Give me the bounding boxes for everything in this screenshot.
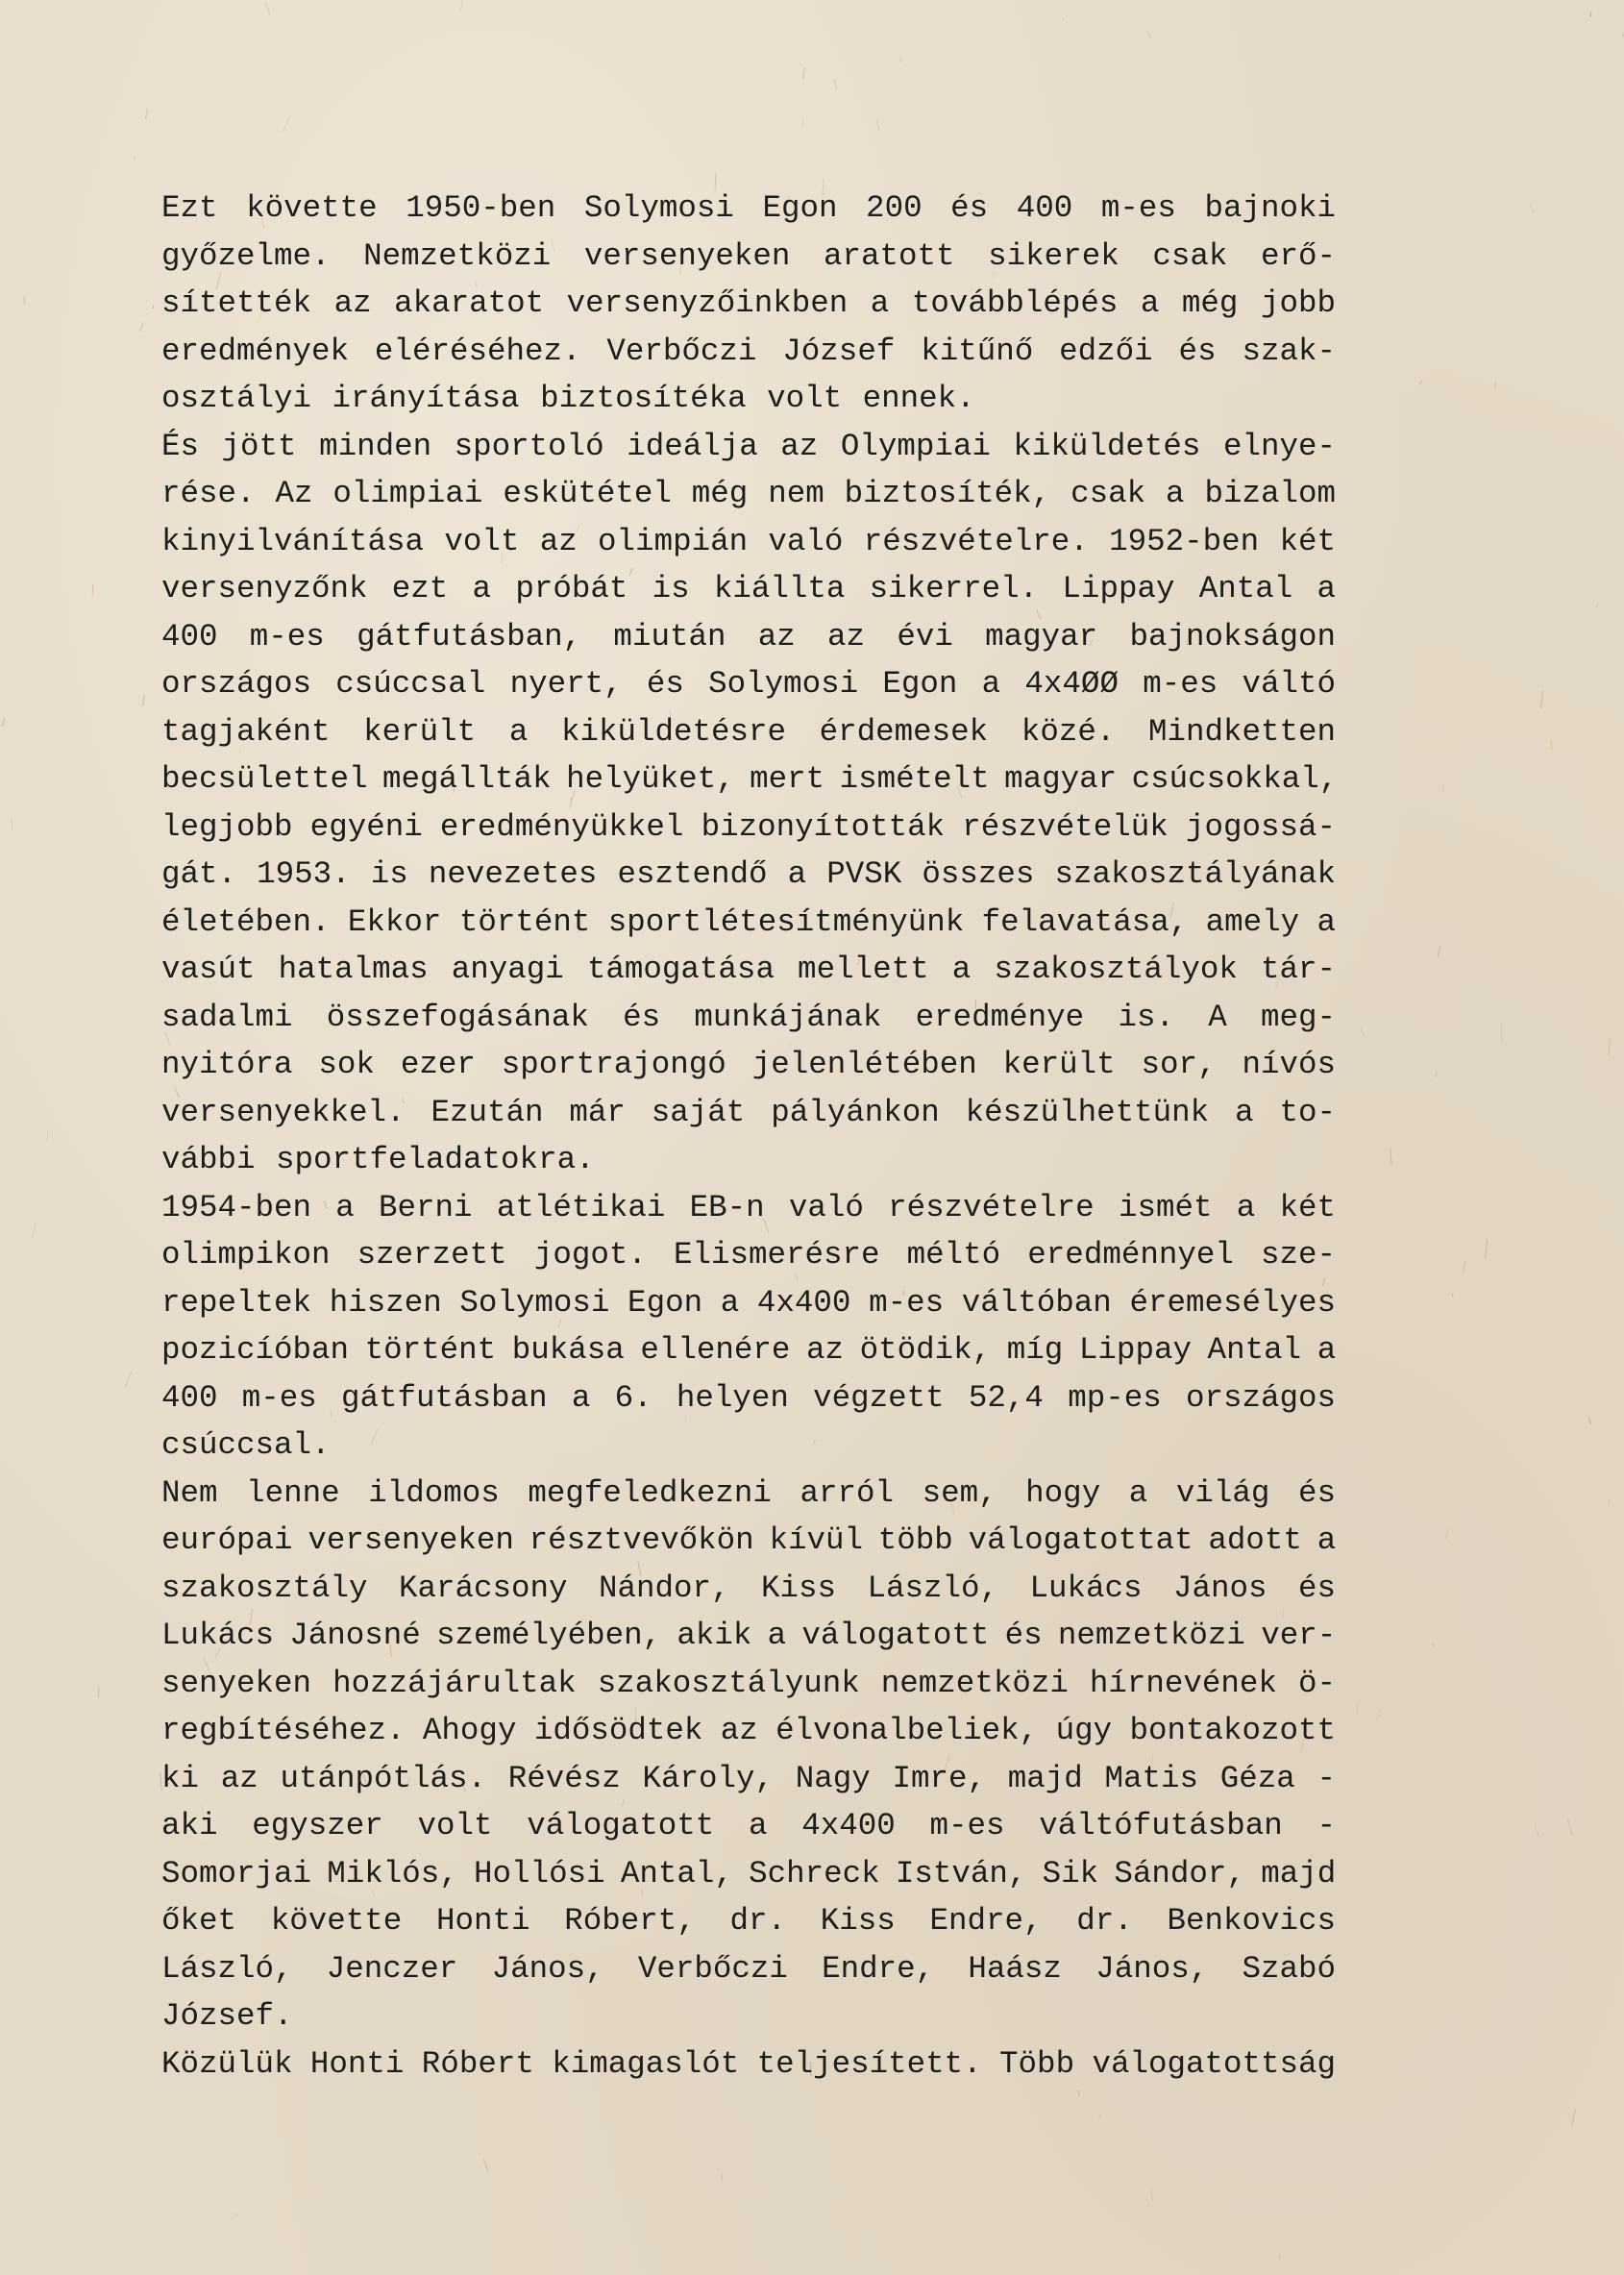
text-line: pozicíóban történt bukása ellenére az öt… [161,1332,1336,1380]
paper-fiber [283,115,290,133]
text-line: győzelme. Nemzetközi versenyeken aratott… [161,238,1336,286]
paper-fiber [1501,1024,1503,1041]
paper-fiber [2,718,5,727]
paper-fiber [1451,1293,1453,1298]
text-line: repeltek hiszen Solymosi Egon a 4x400 m-… [161,1285,1336,1333]
paper-fiber [235,2213,237,2217]
text-line: sadalmi összefogásának és munkájának ere… [161,1000,1336,1048]
paper-fiber [834,80,838,89]
paper-fiber [1485,1240,1488,1259]
paper-fiber [1390,1149,1391,1165]
paper-fiber [1588,1417,1591,1424]
paper-fiber [1098,2114,1101,2121]
paper-fiber [134,156,135,162]
paper-fiber [1495,382,1496,388]
paper-fiber [1419,381,1421,384]
paper-fiber [24,296,25,305]
text-line: Ezt követte 1950-ben Solymosi Egon 200 é… [161,190,1336,238]
paper-fiber [153,305,155,309]
paper-fiber [47,1130,48,1141]
paper-fiber [1590,12,1592,17]
paper-fiber [875,120,879,131]
text-line: legjobb egyéni eredményükkel bizonyított… [161,809,1336,857]
paper-fiber [92,584,93,596]
text-line: sítették az akaratot versenyzőinkben a t… [161,285,1336,334]
paper-fiber [1608,1038,1610,1055]
text-line: Lukács Jánosné személyében, akik a válog… [161,1618,1336,1666]
paper-fiber [460,0,463,11]
paper-fiber [802,67,805,80]
text-line: vasút hatalmas anyagi támogatása mellett… [161,952,1336,1000]
text-line: olimpikon szerzett jogot. Elismerésre mé… [161,1237,1336,1285]
paper-fiber [139,322,144,332]
text-line: szakosztály Karácsony Nándor, Kiss Lászl… [161,1570,1336,1619]
paper-fiber [802,118,803,126]
text-line: eredmények eléréséhez. Verbőczi József k… [161,334,1336,382]
text-line: életében. Ekkor történt sportlétesítmény… [161,904,1336,952]
paper-fiber [1062,17,1064,21]
paper-fiber [1596,603,1598,607]
paper-fiber [1438,946,1440,957]
paper-fiber [32,1222,37,1238]
paper-fiber [1436,1071,1438,1078]
paper-fiber [125,1372,133,1387]
text-line: gát. 1953. is nevezetes esztendő a PVSK … [161,856,1336,904]
text-line: vábbi sportfeladatokra. [161,1142,1336,1190]
text-line: ki az utánpótlás. Révész Károly, Nagy Im… [161,1761,1336,1809]
text-line: nyitóra sok ezer sportrajongó jelenlétéb… [161,1047,1336,1095]
paper-fiber [722,2174,723,2181]
paper-fiber [1433,1643,1435,1647]
paper-fiber [1445,1529,1448,1539]
paper-fiber [714,172,716,191]
text-line: európai versenyeken résztvevőkön kívül t… [161,1522,1336,1570]
paper-fiber [1279,2255,1280,2261]
paper-fiber [1463,1261,1466,1273]
text-line: versenyekkel. Ezután már saját pályánkon… [161,1095,1336,1143]
text-line: osztályi irányítása biztosítéka volt enn… [161,381,1336,429]
paper-fiber [1376,1709,1382,1720]
text-line: 400 m-es gátfutásban a 6. helyen végzett… [161,1380,1336,1428]
text-line: 400 m-es gátfutásban, miután az az évi m… [161,619,1336,667]
text-line: aki egyszer volt válogatott a 4x400 m-es… [161,1808,1336,1856]
paper-fiber [1147,31,1151,38]
text-line: senyeken hozzájárultak szakosztályunk ne… [161,1666,1336,1714]
text-line: becsülettel megállták helyüket, mert ism… [161,761,1336,809]
text-line: versenyzőnk ezt a próbát is kiállta sike… [161,571,1336,619]
text-line: regbítéséhez. Ahogy idősödtek az élvonal… [161,1713,1336,1761]
text-line: Nem lenne ildomos megfeledkezni arról se… [161,1475,1336,1523]
text-line: csúccsal. [161,1427,1336,1475]
paper-fiber [1567,1818,1573,1836]
paper-fiber [1540,691,1543,708]
text-line: őket követte Honti Róbert, dr. Kiss Endr… [161,1903,1336,1951]
typewritten-text-body: Ezt követte 1950-ben Solymosi Egon 200 é… [161,190,1336,2093]
text-line: rése. Az olimpiai eskütétel még nem bizt… [161,476,1336,524]
paper-fiber [142,695,145,705]
text-line: Somorjai Miklós, Hollósi Antal, Schreck … [161,1856,1336,1904]
paper-fiber [12,819,13,831]
paper-fiber [1571,2109,1576,2126]
paper-fiber [1535,1826,1539,1837]
paper-fiber [1551,739,1552,750]
paper-fiber [265,2,271,14]
paper-fiber [899,55,901,63]
text-line: kinyilvánítása volt az olimpián való rés… [161,524,1336,572]
paper-page: Ezt követte 1950-ben Solymosi Egon 200 é… [0,0,1624,2275]
paper-fiber [1609,1498,1611,1504]
text-line: József. [161,1998,1336,2046]
paper-fiber [1361,1026,1364,1036]
text-line: 1954-ben a Berni atlétikai EB-n való rés… [161,1190,1336,1238]
paper-fiber [1530,204,1535,213]
paper-fiber [1150,2188,1153,2201]
paper-fiber [1356,1700,1358,1715]
text-line: országos csúccsal nyert, és Solymosi Ego… [161,666,1336,714]
paper-fiber [1622,33,1624,37]
text-line: És jött minden sportoló ideálja az Olymp… [161,429,1336,477]
text-line: László, Jenczer János, Verbőczi Endre, H… [161,1951,1336,1999]
paper-fiber [1441,783,1444,791]
paper-fiber [145,109,148,119]
text-line: Közülük Honti Róbert kimagaslót teljesít… [161,2046,1336,2094]
paper-fiber [483,2159,488,2172]
text-line: tagjaként került a kiküldetésre érdemese… [161,714,1336,762]
paper-fiber [98,1687,100,1697]
